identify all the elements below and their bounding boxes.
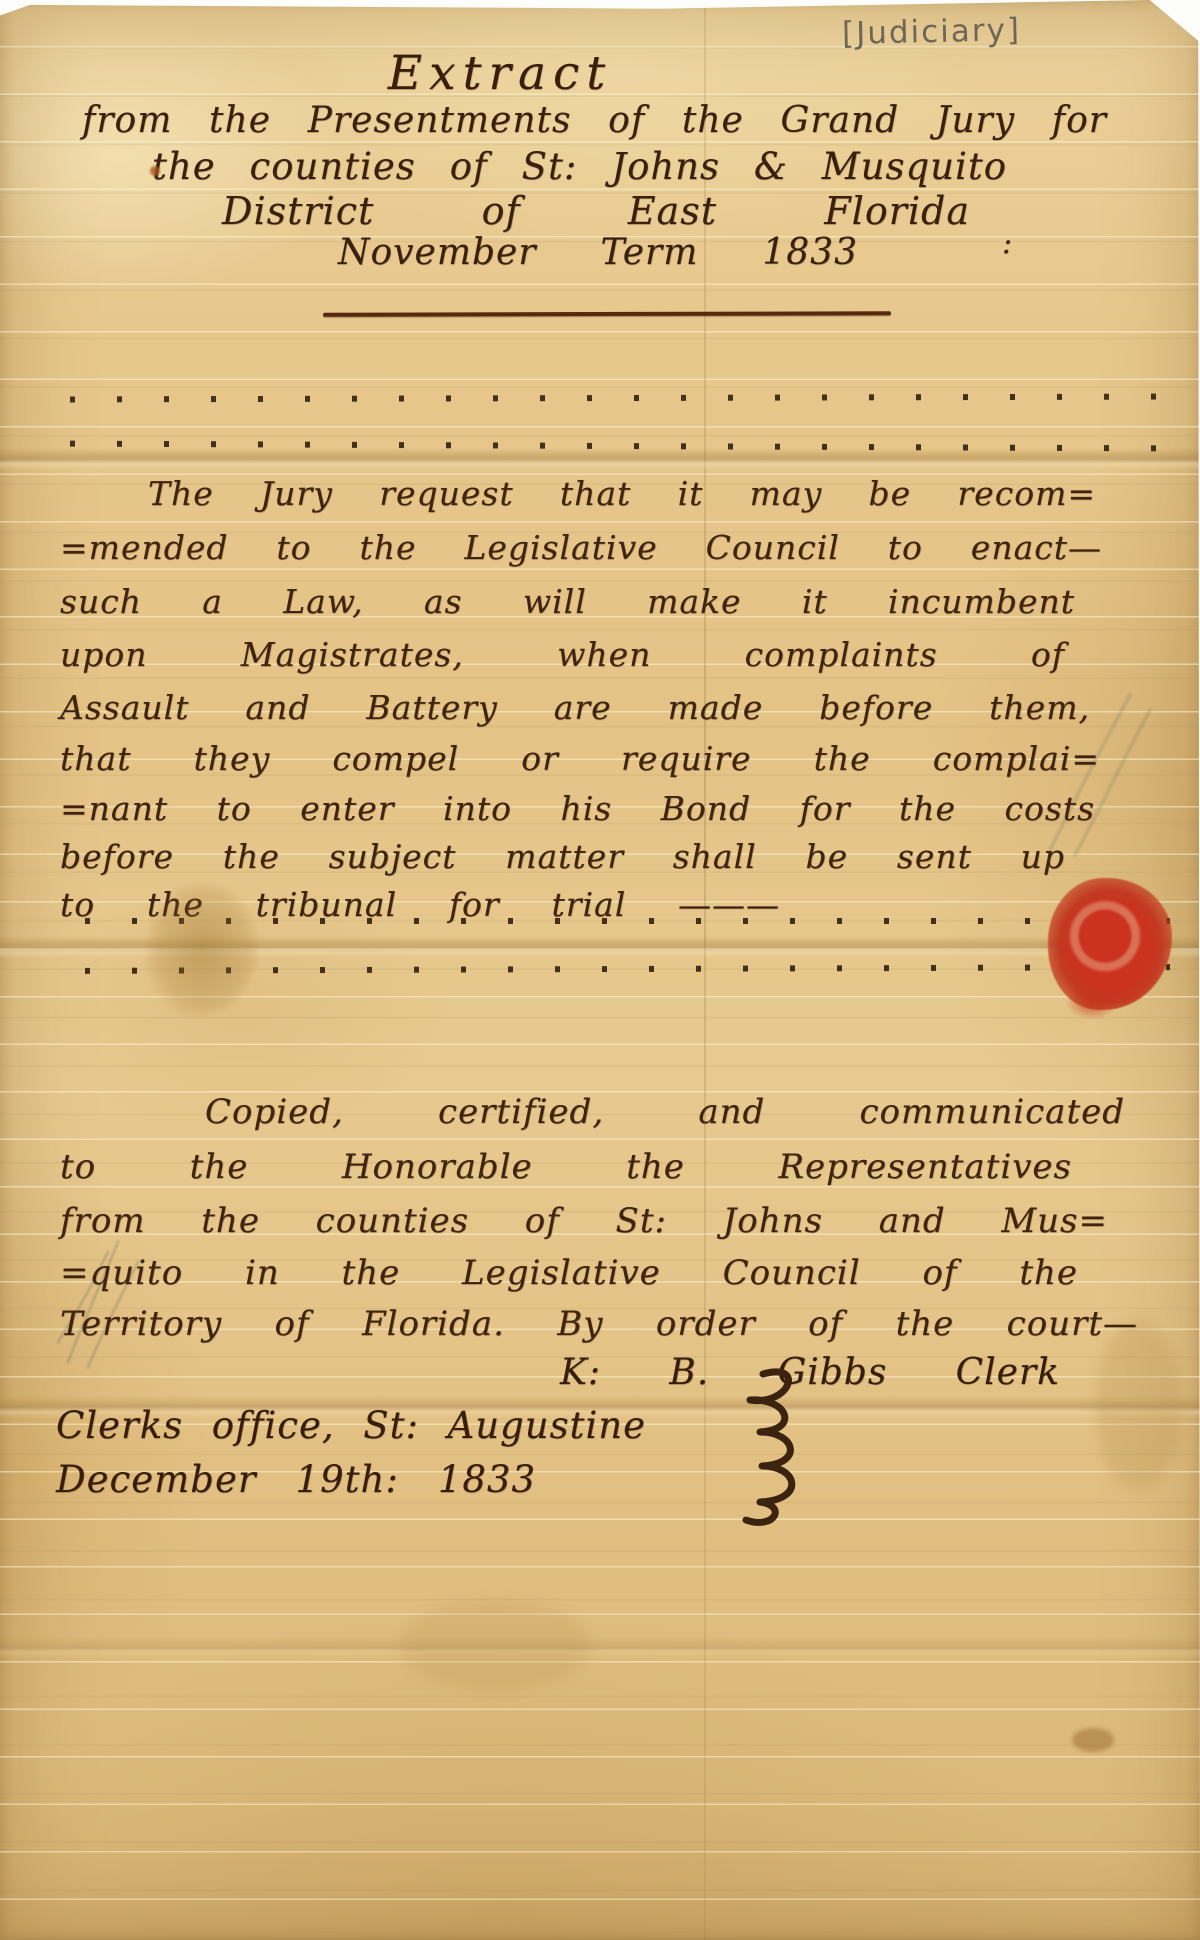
dotted-rule — [70, 394, 1170, 403]
ink-stain — [146, 882, 258, 1017]
archival-annotation: [Judiciary] — [842, 12, 1022, 52]
heading-line: November Term 1833 — [338, 232, 858, 273]
body-line: from the counties of St: Johns and Mus= — [60, 1201, 1108, 1241]
body-line: upon Magistrates, when complaints of — [60, 635, 1065, 674]
paper-sheet: [Judiciary] Extract from the Presentment… — [0, 0, 1200, 1940]
closing-line: December 19th: 1833 — [56, 1458, 536, 1501]
body-line: =quito in the Legislative Council of the — [60, 1253, 1078, 1293]
fold-crease — [0, 1636, 1200, 1658]
show-through-marks — [48, 1222, 158, 1372]
body-line: The Jury request that it may be recom= — [148, 474, 1096, 513]
faint-stain — [1096, 1320, 1181, 1490]
signature-flourish — [688, 1366, 818, 1536]
body-line: Assault and Battery are made before them… — [60, 688, 1090, 727]
heading-line: from the Presentments of the Grand Jury … — [82, 100, 1107, 141]
red-wax-seal — [1048, 878, 1172, 1010]
faint-stain — [400, 1600, 590, 1690]
closing-line: Clerks office, St: Augustine — [56, 1404, 646, 1447]
body-line: Territory of Florida. By order of the co… — [60, 1304, 1138, 1344]
small-blot-stain — [1072, 1728, 1114, 1752]
body-line: to the Honorable the Representatives — [60, 1147, 1072, 1187]
fold-crease — [0, 448, 1200, 470]
heading-line: the counties of St: Johns & Musquito — [152, 145, 1007, 188]
body-line: Copied, certified, and communicated — [205, 1092, 1125, 1132]
body-line: =mended to the Legislative Council to en… — [60, 528, 1102, 567]
stray-ink-mark: : — [1002, 226, 1013, 261]
body-line: =nant to enter into his Bond for the cos… — [60, 789, 1095, 828]
body-line: before the subject matter shall be sent … — [60, 837, 1065, 876]
scanned-document: [Judiciary] Extract from the Presentment… — [0, 0, 1200, 1940]
show-through-marks — [1030, 680, 1160, 860]
body-line: that they compel or require the complai= — [60, 739, 1100, 778]
heading-line: District of East Florida — [222, 189, 970, 233]
body-line: such a Law, as will make it incumbent — [60, 582, 1075, 621]
document-title: Extract — [330, 46, 670, 101]
heading-underline-rule — [323, 311, 891, 316]
small-speck-stain — [150, 166, 160, 176]
